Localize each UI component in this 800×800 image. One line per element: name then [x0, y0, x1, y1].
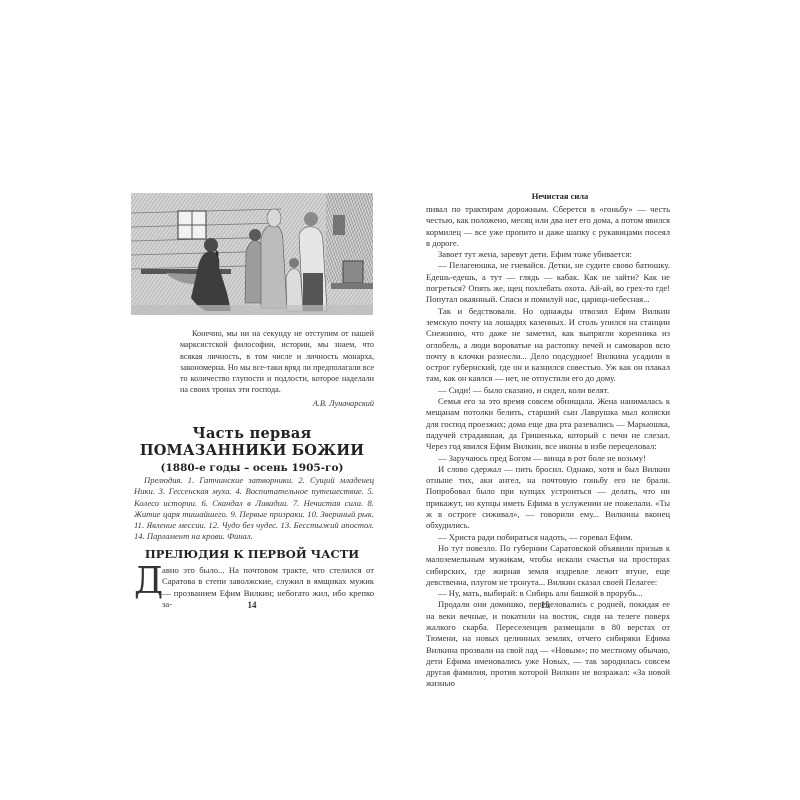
paragraph: — Христа ради побираться надоть, — горев… — [426, 532, 670, 543]
part-title: Часть первая ПОМАЗАННИКИ БОЖИИ (1880-е г… — [130, 425, 374, 475]
paragraph: Но тут повезло. По губернии Саратовской … — [426, 543, 670, 588]
part-name: ПОМАЗАННИКИ БОЖИИ — [130, 442, 374, 460]
prelude-title: ПРЕЛЮДИЯ К ПЕРВОЙ ЧАСТИ — [130, 547, 374, 561]
epigraph-text: Конечно, мы ни на секунду не отступим от… — [180, 328, 374, 396]
paragraph: Так и бедствовали. Но однажды отвозил Еф… — [426, 306, 670, 385]
paragraph: Завоет тут жена, заревут дети. Ефим тоже… — [426, 249, 670, 260]
epigraph-author: А.В. Луначарский — [180, 398, 374, 409]
illustration-image — [131, 193, 373, 315]
drop-cap: Д — [134, 565, 158, 599]
paragraph: — Пелагеюшка, не гневайся. Детки, не суд… — [426, 260, 670, 305]
page-number-right: 15 — [525, 600, 565, 610]
part-number: Часть первая — [130, 425, 374, 442]
part-dates: (1880-е годы – осень 1905-го) — [130, 461, 374, 475]
body-text: пивал по трактирам дорожным. Сберется в … — [426, 204, 670, 690]
paragraph: — Ну, мать, выбирай: в Сибирь али башкой… — [426, 588, 670, 599]
paragraph: И слово сдержал — пить бросил. Однако, х… — [426, 464, 670, 532]
right-page: Нечистая сила пивал по трактирам дорожны… — [400, 0, 800, 800]
paragraph: Продали они домишко, перецеловались с ро… — [426, 599, 670, 689]
paragraph: пивал по трактирам дорожным. Сберется в … — [426, 204, 670, 249]
page-number-left: 14 — [232, 600, 272, 610]
paragraph: — Заручаюсь пред Богом — винца в рот бол… — [426, 453, 670, 464]
epigraph: Конечно, мы ни на секунду не отступим от… — [180, 328, 374, 409]
running-head: Нечистая сила — [510, 191, 610, 201]
part-contents: Прелюдия. 1. Гатчинские затворники. 2. С… — [134, 475, 374, 543]
engraving-illustration — [131, 193, 373, 315]
left-page: Конечно, мы ни на секунду не отступим от… — [0, 0, 400, 800]
paragraph: — Сиди! — было сказано, и сидел, коли ве… — [426, 385, 670, 396]
paragraph: Семья его за это время совсем обнищала. … — [426, 396, 670, 452]
